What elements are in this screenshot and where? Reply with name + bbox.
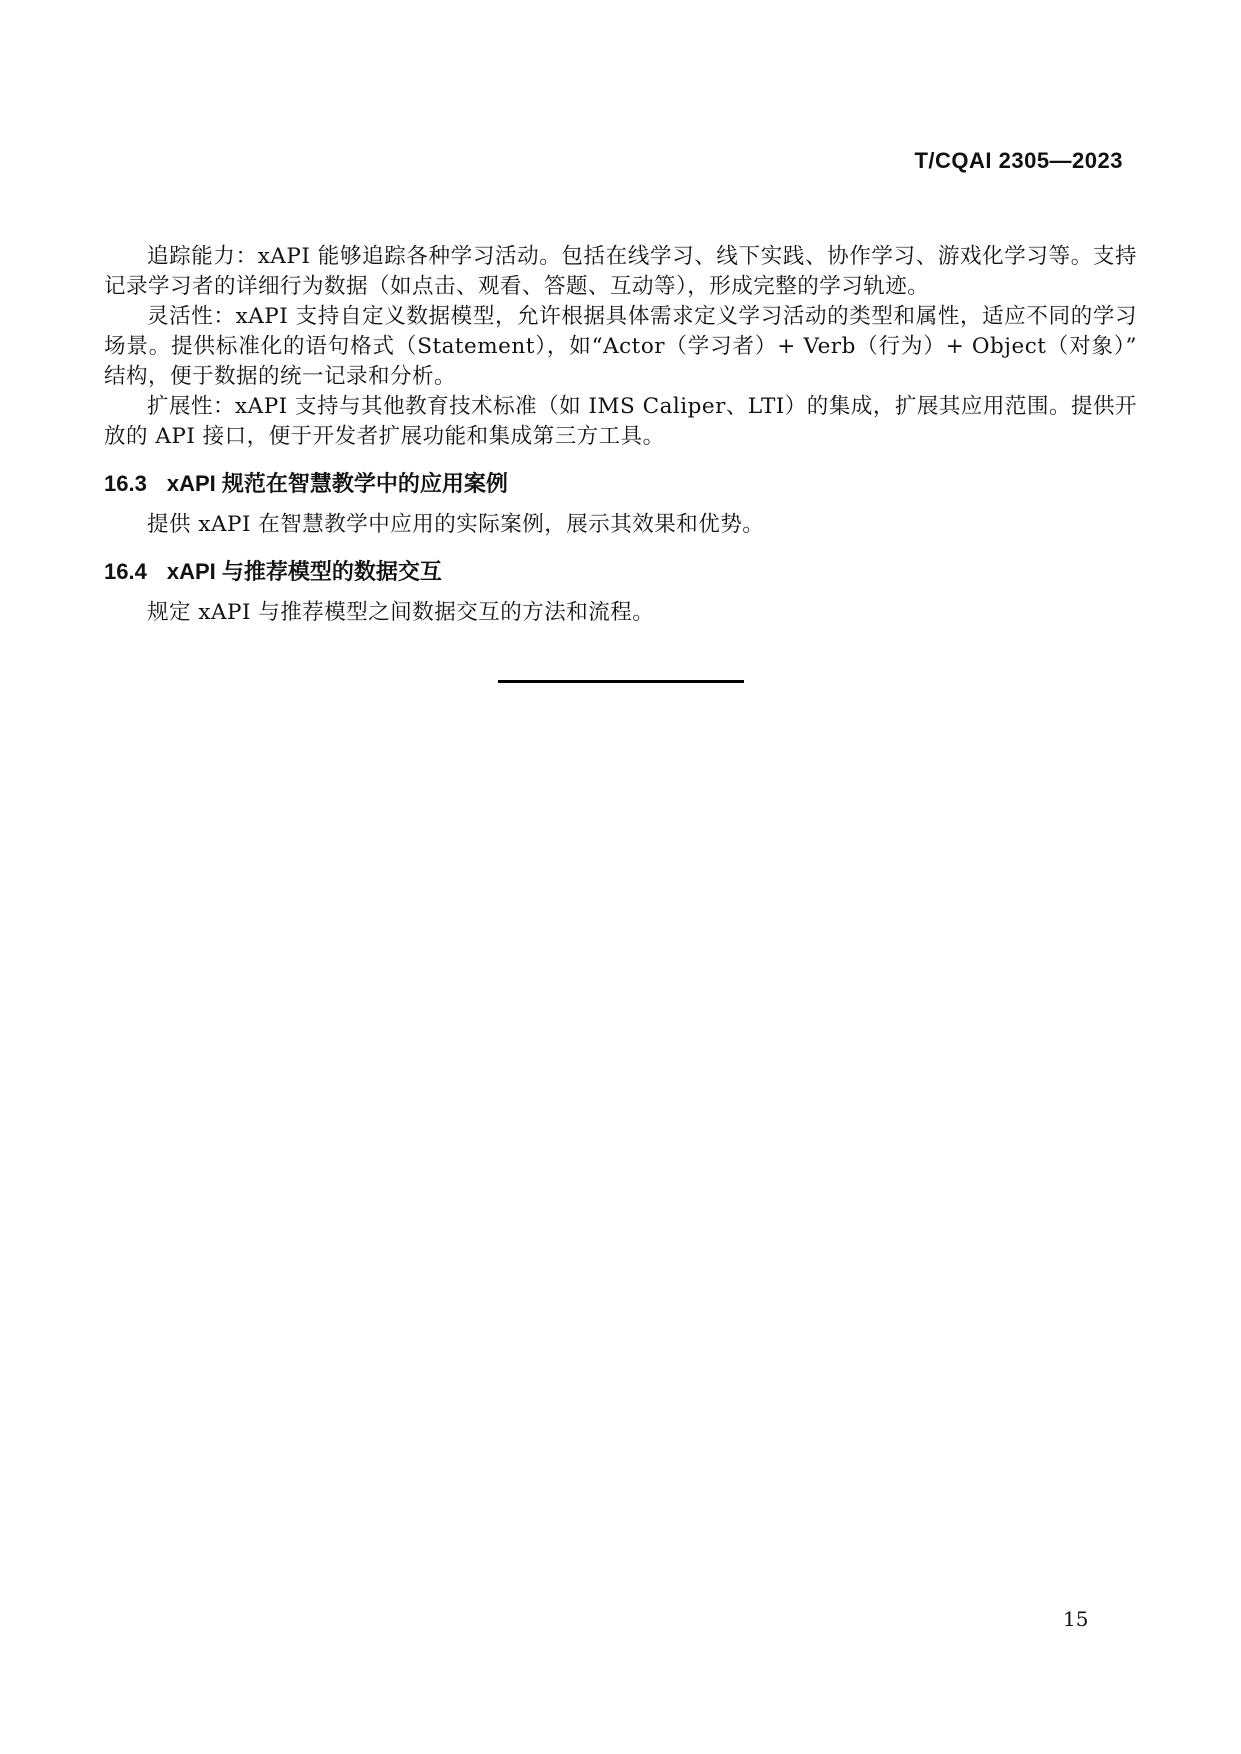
paragraph-flexibility: 灵活性：xAPI 支持自定义数据模型，允许根据具体需求定义学习活动的类型和属性，… [104,302,1137,392]
paragraph-tracking-capability: 追踪能力：xAPI 能够追踪各种学习活动。包括在线学习、线下实践、协作学习、游戏… [104,242,1137,302]
section-heading-16-4: 16.4xAPI 与推荐模型的数据交互 [104,557,1137,587]
section-number: 16.3 [104,469,147,499]
section-title: xAPI 与推荐模型的数据交互 [167,559,442,584]
section-number: 16.4 [104,557,147,587]
end-of-document-divider [498,680,744,683]
section-heading-16-3: 16.3xAPI 规范在智慧教学中的应用案例 [104,469,1137,499]
document-page: T/CQAI 2305—2023 追踪能力：xAPI 能够追踪各种学习活动。包括… [0,0,1241,1754]
paragraph-extensibility: 扩展性：xAPI 支持与其他教育技术标准（如 IMS Caliper、LTI）的… [104,392,1137,452]
section-title: xAPI 规范在智慧教学中的应用案例 [167,471,508,496]
section-16-3-paragraph: 提供 xAPI 在智慧教学中应用的实际案例，展示其效果和优势。 [104,510,1137,540]
doc-number-header: T/CQAI 2305—2023 [914,148,1123,174]
page-number: 15 [1063,1607,1088,1631]
section-16-4-paragraph: 规定 xAPI 与推荐模型之间数据交互的方法和流程。 [104,598,1137,628]
page-content: 追踪能力：xAPI 能够追踪各种学习活动。包括在线学习、线下实践、协作学习、游戏… [104,242,1137,683]
